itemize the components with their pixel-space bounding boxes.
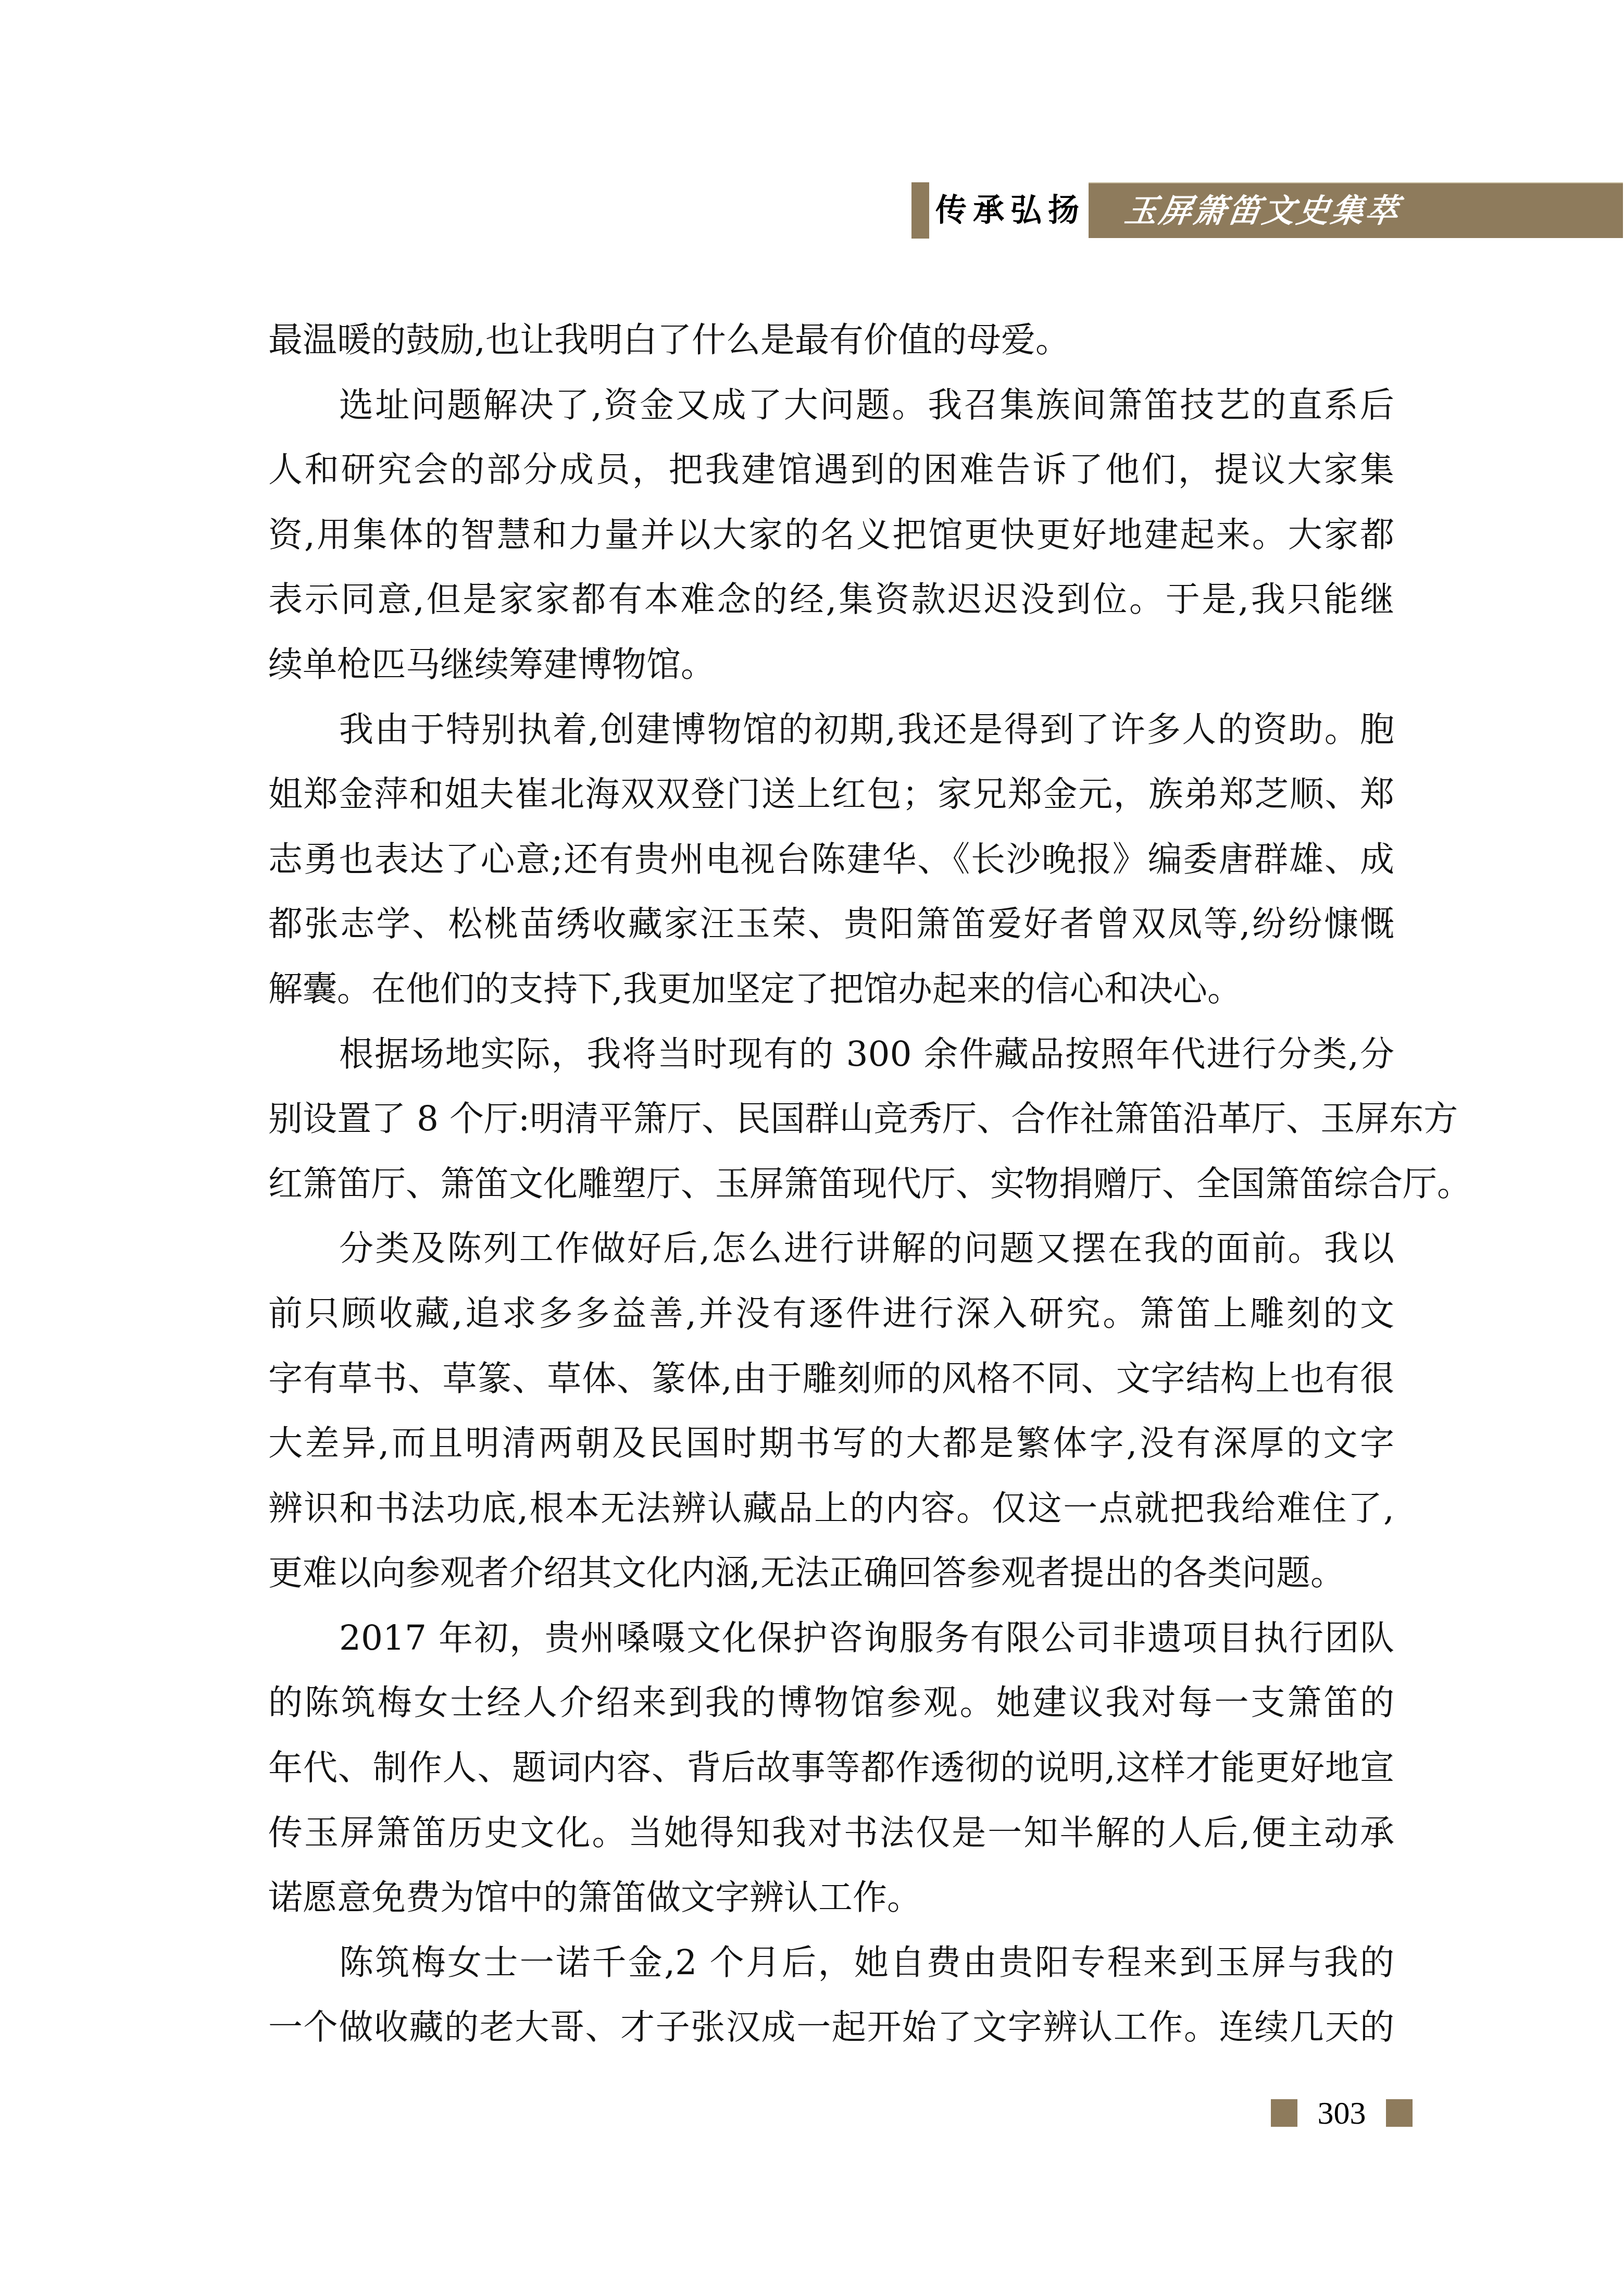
text-line: 别设置了 8 个厅:明清平箫厅、民国群山竞秀厅、合作社箫笛沿革厅、玉屏东方 [268,1087,1394,1152]
text-line: 都张志学、松桃苗绣收藏家汪玉荣、贵阳箫笛爱好者曾双凤等,纷纷慷慨 [268,892,1394,957]
text-line: 红箫笛厅、箫笛文化雕塑厅、玉屏箫笛现代厅、实物捐赠厅、全国箫笛综合厅。 [268,1152,1394,1217]
book-title-calligraphy: 玉屏箫笛文史集萃 [1121,183,1404,238]
text-line: 姐郑金萍和姐夫崔北海双双登门送上红包；家兄郑金元，族弟郑芝顺、郑 [268,762,1394,827]
text-line: 志勇也表达了心意;还有贵州电视台陈建华、《长沙晚报》编委唐群雄、成 [268,827,1394,892]
text-line: 传玉屏箫笛历史文化。当她得知我对书法仅是一知半解的人后,便主动承 [268,1801,1394,1866]
text-line: 诺愿意免费为馆中的箫笛做文字辨认工作。 [268,1865,1394,1930]
paragraph-first-line: 我由于特别执着,创建博物馆的初期,我还是得到了许多人的资助。胞 [268,697,1394,763]
text-line: 的陈筑梅女士经人介绍来到我的博物馆参观。她建议我对每一支箫笛的 [268,1670,1394,1736]
text-line: 更难以向参观者介绍其文化内涵,无法正确回答参观者提出的各类问题。 [268,1541,1394,1606]
page-number: 303 [1297,2095,1386,2131]
section-label: 传承弘扬 [935,182,1085,239]
text-line: 年代、制作人、题词内容、背后故事等都作透彻的说明,这样才能更好地宣 [268,1736,1394,1801]
text-line: 一个做收藏的老大哥、才子张汉成一起开始了文字辨认工作。连续几天的 [268,1995,1394,2060]
book-title-banner: 玉屏箫笛文史集萃 [1089,182,1623,238]
text-line: 解囊。在他们的支持下,我更加坚定了把馆办起来的信心和决心。 [268,957,1394,1022]
paragraph-first-line: 2017 年初，贵州嗓嗫文化保护咨询服务有限公司非遗项目执行团队 [268,1606,1394,1671]
text-line: 最温暖的鼓励,也让我明白了什么是最有价值的母爱。 [268,308,1394,373]
folio-square-left-icon [1271,2099,1297,2127]
text-line: 表示同意,但是家家都有本难念的经,集资款迟迟没到位。于是,我只能继 [268,567,1394,632]
paragraph-first-line: 选址问题解决了,资金又成了大问题。我召集族间箫笛技艺的直系后 [268,373,1394,438]
paragraph-first-line: 陈筑梅女士一诺千金,2 个月后，她自费由贵阳专程来到玉屏与我的 [268,1930,1394,1996]
text-line: 人和研究会的部分成员，把我建馆遇到的困难告诉了他们，提议大家集 [268,438,1394,503]
header-accent-bar [911,182,929,239]
folio-square-right-icon [1386,2099,1413,2127]
paragraph-first-line: 根据场地实际，我将当时现有的 300 余件藏品按照年代进行分类,分 [268,1022,1394,1087]
page-number-block: 303 [1271,2099,1413,2127]
text-line: 前只顾收藏,追求多多益善,并没有逐件进行深入研究。箫笛上雕刻的文 [268,1281,1394,1347]
running-header: 传承弘扬 玉屏箫笛文史集萃 [0,182,1624,239]
text-line: 字有草书、草篆、草体、篆体,由于雕刻师的风格不同、文字结构上也有很 [268,1347,1394,1412]
text-line: 资,用集体的智慧和力量并以大家的名义把馆更快更好地建起来。大家都 [268,503,1394,568]
body-text: 最温暖的鼓励,也让我明白了什么是最有价值的母爱。选址问题解决了,资金又成了大问题… [268,308,1394,2060]
text-line: 续单枪匹马继续筹建博物馆。 [268,632,1394,697]
paragraph-first-line: 分类及陈列工作做好后,怎么进行讲解的问题又摆在我的面前。我以 [268,1216,1394,1281]
text-line: 大差异,而且明清两朝及民国时期书写的大都是繁体字,没有深厚的文字 [268,1411,1394,1476]
text-line: 辨识和书法功底,根本无法辨认藏品上的内容。仅这一点就把我给难住了, [268,1476,1394,1541]
